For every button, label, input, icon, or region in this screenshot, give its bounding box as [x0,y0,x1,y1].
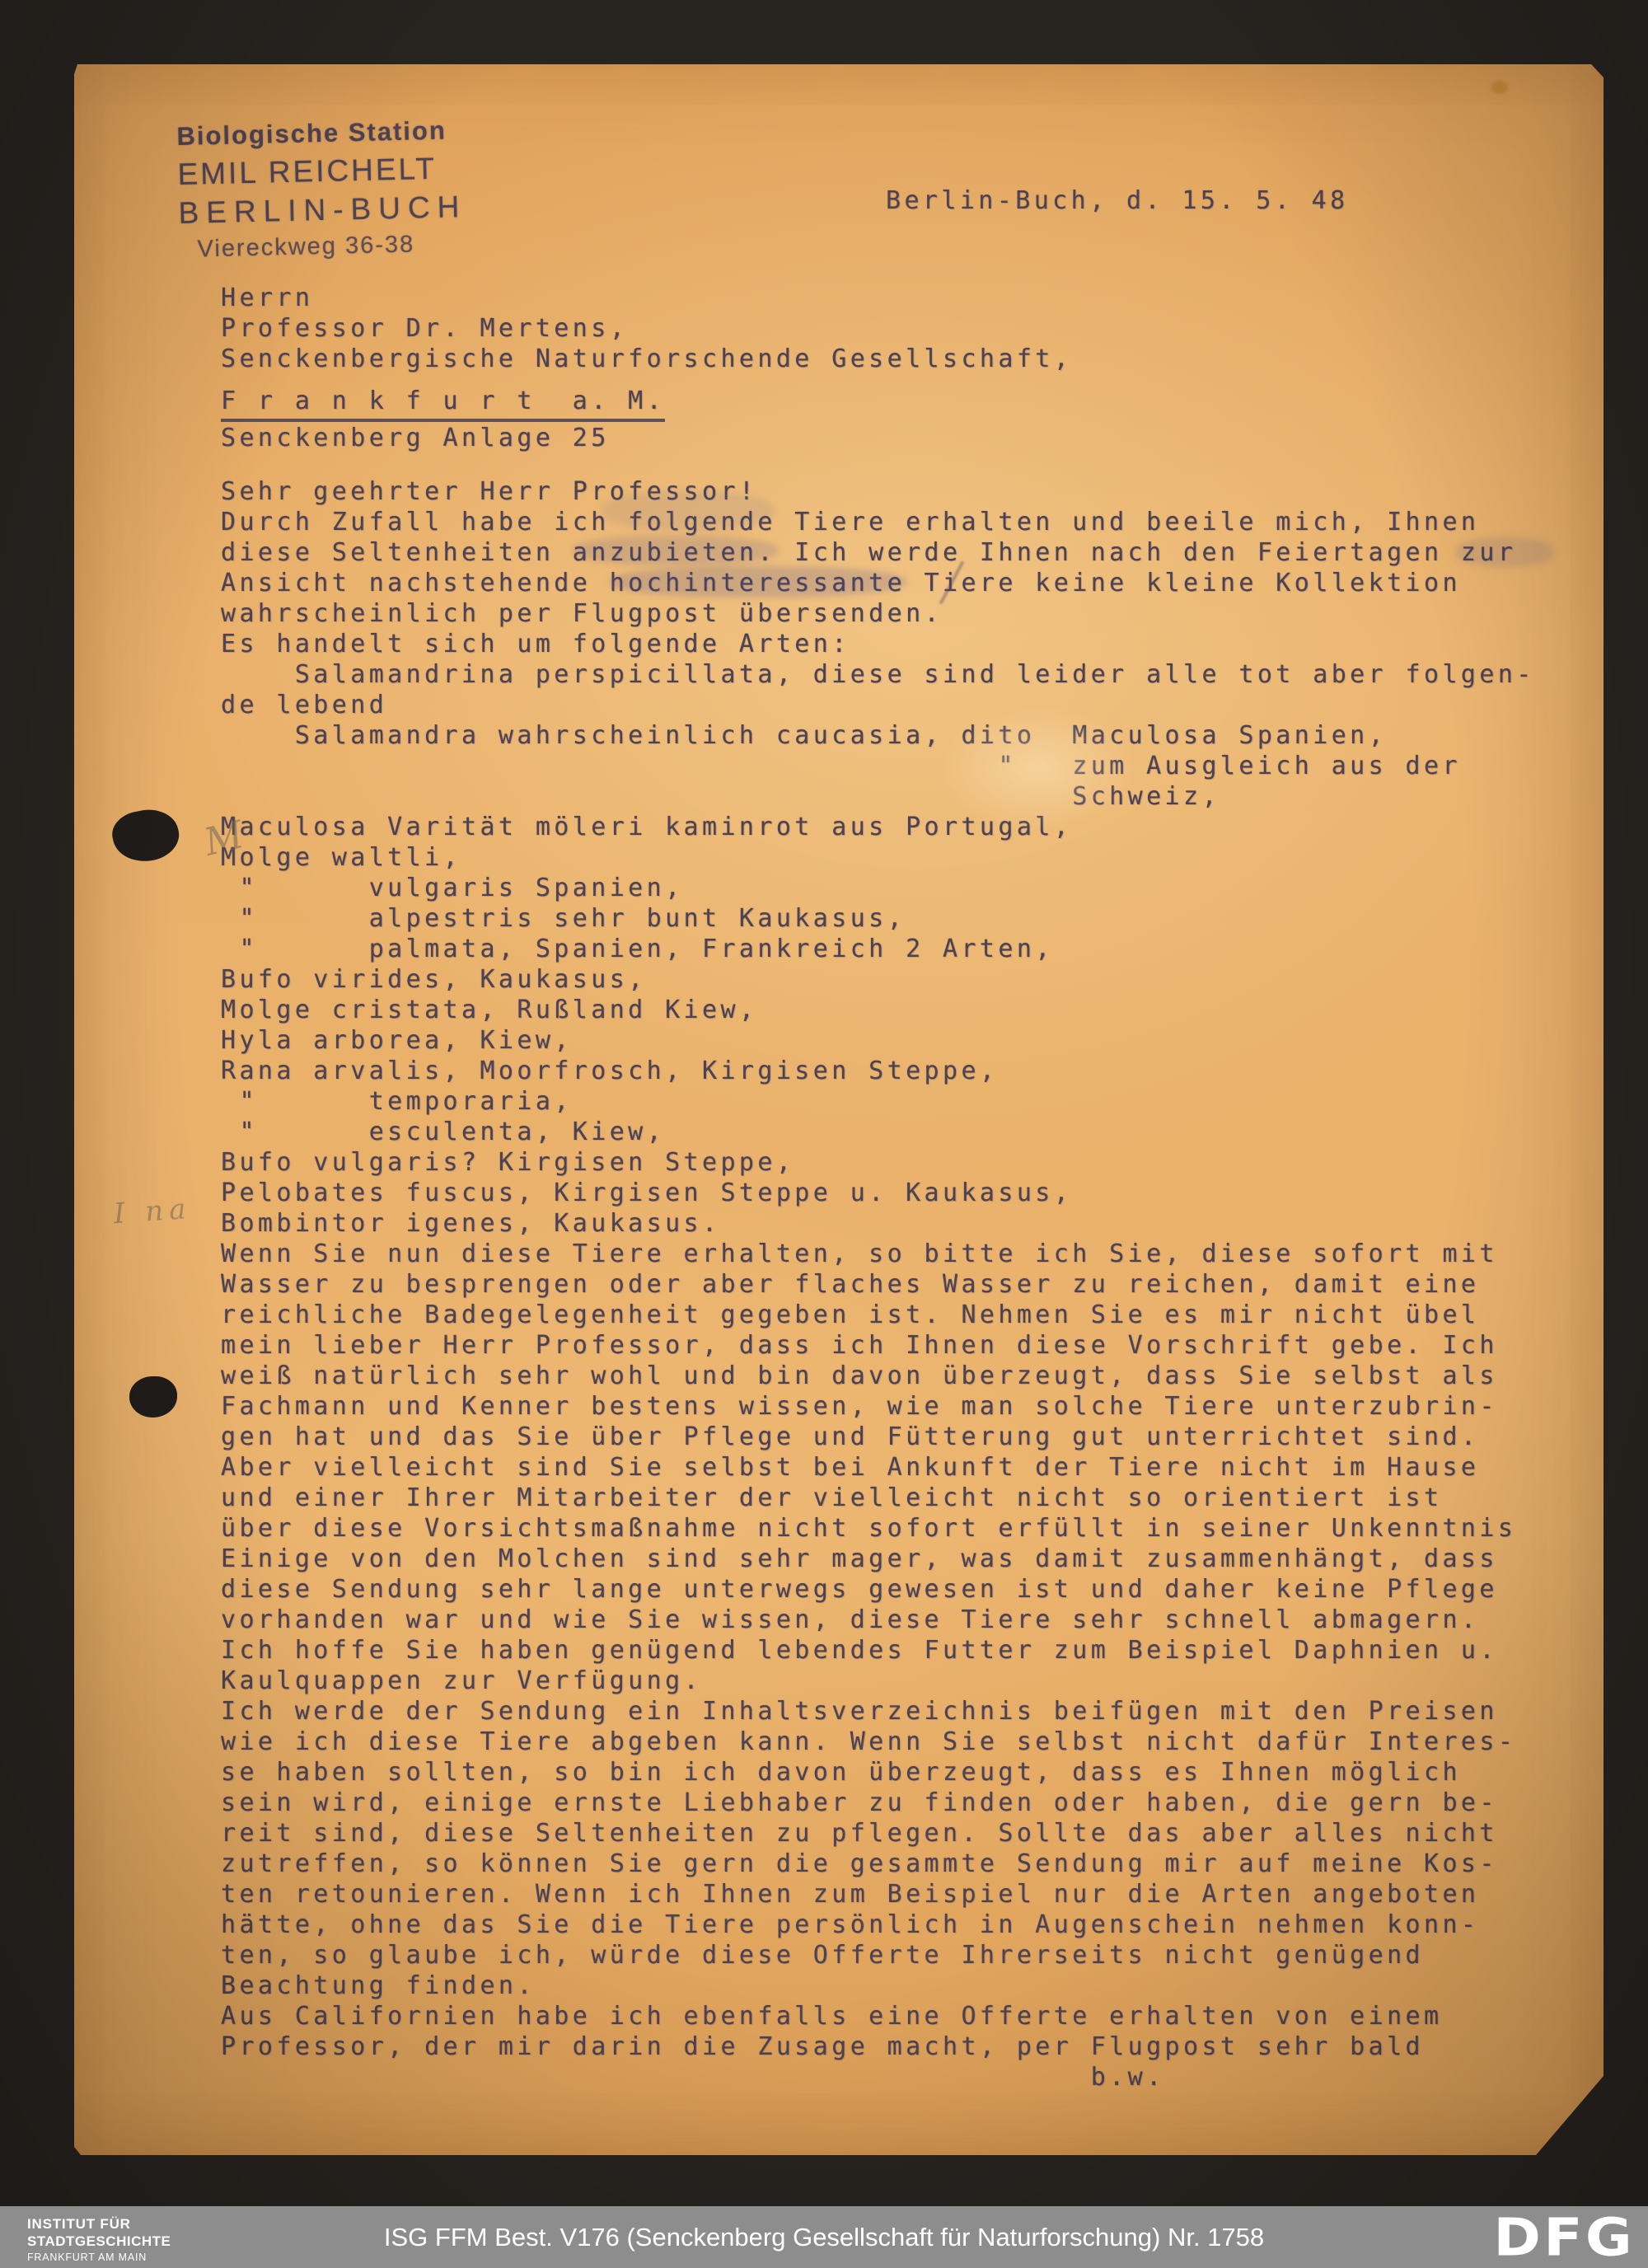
stamp-line-organization: Biologische Station [176,115,466,152]
punch-hole-top [108,804,183,867]
text-line: Ich hoffe Sie haben genügend lebendes Fu… [221,1635,1535,1666]
dfg-logo: DFG [1493,2207,1635,2267]
ink-correction-smudge [602,491,775,531]
text-line: Molge waltli, [221,842,1535,873]
ink-correction-smudge [573,536,779,565]
recipient-address: HerrnProfessor Dr. Mertens,Senckenbergis… [221,283,1072,374]
text-line: Maculosa Varität möleri kaminrot aus Por… [221,812,1535,842]
isg-logo: INSTITUT FÜR STADTGESCHICHTE FRANKFURT A… [27,2217,171,2263]
text-line: reichliche Badegelegenheit gegeben ist. … [221,1300,1535,1330]
text-line: Professor, der mir darin die Zusage mach… [221,2031,1535,2062]
text-line: wahrscheinlich per Flugpost übersenden. [221,598,1535,629]
text-line: Rana arvalis, Moorfrosch, Kirgisen Stepp… [221,1056,1535,1086]
isg-logo-line1: INSTITUT FÜR [27,2217,171,2231]
text-line: Salamandrina perspicillata, diese sind l… [221,659,1535,690]
text-line: diese Seltenheiten anzubieten. Ich werde… [221,537,1535,568]
text-line: se haben sollten, so bin ich davon überz… [221,1757,1535,1788]
letter-page: Biologische Station EMIL REICHELT BERLIN… [74,64,1604,2155]
text-line: b.w. [221,2062,1535,2092]
text-line: Herrn [221,283,1072,313]
date-line: Berlin-Buch, d. 15. 5. 48 [886,185,1349,216]
text-line: Bufo virides, Kaukasus, [221,964,1535,995]
text-line: zutreffen, so können Sie gern die gesamm… [221,1849,1535,1879]
text-line: Bombintor igenes, Kaukasus. [221,1208,1535,1239]
text-line: Wenn Sie nun diese Tiere erhalten, so bi… [221,1239,1535,1269]
paper-stain [939,707,1137,831]
pencil-margin-note: I na [113,1193,193,1230]
text-line: Aber vielleicht sind Sie selbst bei Anku… [221,1452,1535,1483]
text-line: Ich werde der Sendung ein Inhaltsverzeic… [221,1696,1535,1727]
text-line: wie ich diese Tiere abgeben kann. Wenn S… [221,1727,1535,1757]
text-line: und einer Ihrer Mitarbeiter der vielleic… [221,1483,1535,1513]
text-line: " palmata, Spanien, Frankreich 2 Arten, [221,934,1535,964]
text-line: Durch Zufall habe ich folgende Tiere erh… [221,507,1535,537]
text-line: Wasser zu besprengen oder aber flaches W… [221,1269,1535,1300]
text-line: reit sind, diese Seltenheiten zu pflegen… [221,1818,1535,1849]
text-line: hätte, ohne das Sie die Tiere persönlich… [221,1910,1535,1940]
text-line: Fachmann und Kenner bestens wissen, wie … [221,1391,1535,1422]
sender-stamp: Biologische Station EMIL REICHELT BERLIN… [176,115,468,264]
text-line: Es handelt sich um folgende Arten: [221,629,1535,659]
text-line: mein lieber Herr Professor, dass ich Ihn… [221,1330,1535,1361]
recipient-street: Senckenberg Anlage 25 [221,423,610,453]
text-line: Hyla arborea, Kiew, [221,1025,1535,1056]
text-line: Sehr geehrter Herr Professor! [221,476,1535,507]
text-line: weiß natürlich sehr wohl und bin davon ü… [221,1361,1535,1391]
scan-background: Biologische Station EMIL REICHELT BERLIN… [0,0,1648,2268]
text-line: Aus Californien habe ich ebenfalls eine … [221,2001,1535,2031]
text-line: vorhanden war und wie Sie wissen, diese … [221,1605,1535,1635]
text-line: " temporaria, [221,1086,1535,1117]
text-line: Kaulquappen zur Verfügung. [221,1666,1535,1696]
text-line: sein wird, einige ernste Liebhaber zu fi… [221,1788,1535,1818]
text-line: über diese Vorsichtsmaßnahme nicht sofor… [221,1513,1535,1544]
text-line: " alpestris sehr bunt Kaukasus, [221,903,1535,934]
text-line: Schweiz, [221,781,1535,812]
text-line: diese Sendung sehr lange unterwegs gewes… [221,1574,1535,1605]
paper-stain-dot [1491,81,1508,94]
ink-correction-smudge [610,566,906,597]
text-line: Molge cristata, Rußland Kiew, [221,995,1535,1025]
archive-footer-bar: INSTITUT FÜR STADTGESCHICHTE FRANKFURT A… [0,2206,1648,2268]
text-line: Einige von den Molchen sind sehr mager, … [221,1544,1535,1574]
stamp-line-street: Viereckweg 36-38 [197,230,467,263]
punch-hole-bottom [129,1376,177,1417]
text-line: " esculenta, Kiew, [221,1117,1535,1147]
letter-body: Sehr geehrter Herr Professor!Durch Zufal… [221,476,1535,2092]
text-line: Beachtung finden. [221,1970,1535,2001]
isg-logo-line3: FRANKFURT AM MAIN [27,2252,171,2263]
archive-reference-caption: ISG FFM Best. V176 (Senckenberg Gesellsc… [384,2223,1264,2252]
text-line: " zum Ausgleich aus der [221,751,1535,781]
text-line: Bufo vulgaris? Kirgisen Steppe, [221,1147,1535,1178]
text-line: Pelobates fuscus, Kirgisen Steppe u. Kau… [221,1178,1535,1208]
text-line: Senckenbergische Naturforschende Gesells… [221,344,1072,374]
ink-correction-smudge [1455,537,1554,567]
text-line: " vulgaris Spanien, [221,873,1535,903]
text-line: ten, so glaube ich, würde diese Offerte … [221,1940,1535,1970]
text-line: Salamandra wahrscheinlich caucasia, dito… [221,720,1535,751]
stamp-line-city: BERLIN-BUCH [178,190,467,231]
stamp-line-name: EMIL REICHELT [177,151,466,192]
text-line: de lebend [221,690,1535,720]
text-line: gen hat und das Sie über Pflege und Fütt… [221,1422,1535,1452]
text-line: Professor Dr. Mertens, [221,313,1072,344]
text-line: ten retounieren. Wenn ich Ihnen zum Beis… [221,1879,1535,1910]
isg-logo-line2: STADTGESCHICHTE [27,2234,171,2248]
recipient-city-underlined: F r a n k f u r t a. M. [221,386,665,422]
